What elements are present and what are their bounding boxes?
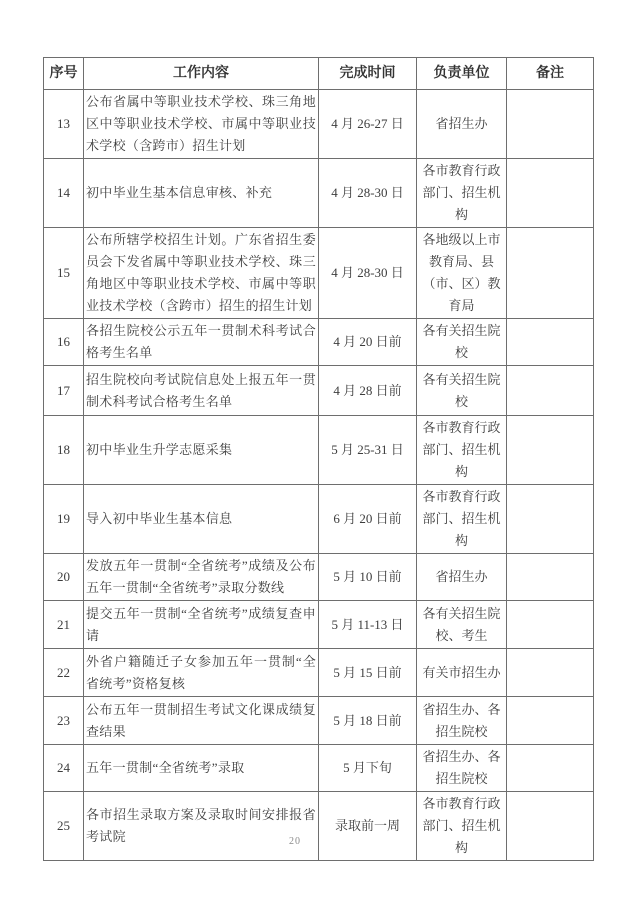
time-cell: 4 月 28-30 日 (319, 228, 417, 319)
table-row: 13 公布省属中等职业技术学校、珠三角地区中等职业技术学校、市属中等职业技术学校… (44, 90, 594, 159)
table-row: 16 各招生院校公示五年一贯制术科考试合格考生名单 4 月 20 日前 各有关招… (44, 319, 594, 366)
content-cell: 初中毕业生升学志愿采集 (84, 416, 319, 485)
note-cell (507, 159, 594, 228)
row-number-cell: 15 (44, 228, 84, 319)
unit-cell: 省招生办、各招生院校 (417, 745, 507, 792)
unit-cell: 各市教育行政部门、招生机构 (417, 159, 507, 228)
time-cell: 4 月 28 日前 (319, 366, 417, 416)
table-row: 17 招生院校向考试院信息处上报五年一贯制术科考试合格考生名单 4 月 28 日… (44, 366, 594, 416)
time-cell: 4 月 20 日前 (319, 319, 417, 366)
header-row: 序号 工作内容 完成时间 负责单位 备注 (44, 58, 594, 90)
row-number-cell: 20 (44, 554, 84, 601)
row-number-cell: 19 (44, 485, 84, 554)
time-cell: 4 月 26-27 日 (319, 90, 417, 159)
content-cell: 公布五年一贯制招生考试文化课成绩复查结果 (84, 697, 319, 745)
unit-cell: 各有关招生院校、考生 (417, 601, 507, 649)
row-number-cell: 24 (44, 745, 84, 792)
content-cell: 提交五年一贯制“全省统考”成绩复查申请 (84, 601, 319, 649)
time-cell: 5 月 15 日前 (319, 649, 417, 697)
table-row: 18 初中毕业生升学志愿采集 5 月 25-31 日 各市教育行政部门、招生机构 (44, 416, 594, 485)
table-row: 23 公布五年一贯制招生考试文化课成绩复查结果 5 月 18 日前 省招生办、各… (44, 697, 594, 745)
note-cell (507, 601, 594, 649)
unit-cell: 各地级以上市教育局、县（市、区）教育局 (417, 228, 507, 319)
content-cell: 发放五年一贯制“全省统考”成绩及公布五年一贯制“全省统考”录取分数线 (84, 554, 319, 601)
note-cell (507, 554, 594, 601)
unit-cell: 省招生办 (417, 90, 507, 159)
table-row: 20 发放五年一贯制“全省统考”成绩及公布五年一贯制“全省统考”录取分数线 5 … (44, 554, 594, 601)
time-cell: 5 月 18 日前 (319, 697, 417, 745)
col-header-content: 工作内容 (84, 58, 319, 90)
table-row: 25 各市招生录取方案及录取时间安排报省考试院 录取前一周 各市教育行政部门、招… (44, 792, 594, 861)
page-number: 20 (275, 836, 315, 847)
content-cell: 各市招生录取方案及录取时间安排报省考试院 (84, 792, 319, 861)
content-cell: 公布所辖学校招生计划。广东省招生委员会下发省属中等职业技术学校、珠三角地区中等职… (84, 228, 319, 319)
row-number-cell: 13 (44, 90, 84, 159)
col-header-no: 序号 (44, 58, 84, 90)
col-header-unit: 负责单位 (417, 58, 507, 90)
row-number-cell: 16 (44, 319, 84, 366)
table-row: 14 初中毕业生基本信息审核、补充 4 月 28-30 日 各市教育行政部门、招… (44, 159, 594, 228)
note-cell (507, 228, 594, 319)
schedule-table: 序号 工作内容 完成时间 负责单位 备注 13 公布省属中等职业技术学校、珠三角… (43, 57, 594, 861)
time-cell: 5 月 11-13 日 (319, 601, 417, 649)
col-header-time: 完成时间 (319, 58, 417, 90)
row-number-cell: 23 (44, 697, 84, 745)
note-cell (507, 697, 594, 745)
unit-cell: 各市教育行政部门、招生机构 (417, 485, 507, 554)
note-cell (507, 745, 594, 792)
row-number-cell: 25 (44, 792, 84, 861)
table-row: 21 提交五年一贯制“全省统考”成绩复查申请 5 月 11-13 日 各有关招生… (44, 601, 594, 649)
row-number-cell: 17 (44, 366, 84, 416)
content-cell: 公布省属中等职业技术学校、珠三角地区中等职业技术学校、市属中等职业技术学校（含跨… (84, 90, 319, 159)
unit-cell: 省招生办、各招生院校 (417, 697, 507, 745)
unit-cell: 有关市招生办 (417, 649, 507, 697)
time-cell: 4 月 28-30 日 (319, 159, 417, 228)
table-row: 22 外省户籍随迁子女参加五年一贯制“全省统考”资格复核 5 月 15 日前 有… (44, 649, 594, 697)
note-cell (507, 485, 594, 554)
table-row: 19 导入初中毕业生基本信息 6 月 20 日前 各市教育行政部门、招生机构 (44, 485, 594, 554)
content-cell: 外省户籍随迁子女参加五年一贯制“全省统考”资格复核 (84, 649, 319, 697)
unit-cell: 各市教育行政部门、招生机构 (417, 792, 507, 861)
row-number-cell: 21 (44, 601, 84, 649)
row-number-cell: 22 (44, 649, 84, 697)
time-cell: 5 月下旬 (319, 745, 417, 792)
content-cell: 初中毕业生基本信息审核、补充 (84, 159, 319, 228)
unit-cell: 各市教育行政部门、招生机构 (417, 416, 507, 485)
time-cell: 录取前一周 (319, 792, 417, 861)
unit-cell: 各有关招生院校 (417, 319, 507, 366)
note-cell (507, 366, 594, 416)
table-row: 24 五年一贯制“全省统考”录取 5 月下旬 省招生办、各招生院校 (44, 745, 594, 792)
time-cell: 5 月 25-31 日 (319, 416, 417, 485)
table-row: 15 公布所辖学校招生计划。广东省招生委员会下发省属中等职业技术学校、珠三角地区… (44, 228, 594, 319)
note-cell (507, 416, 594, 485)
note-cell (507, 90, 594, 159)
content-cell: 招生院校向考试院信息处上报五年一贯制术科考试合格考生名单 (84, 366, 319, 416)
content-cell: 导入初中毕业生基本信息 (84, 485, 319, 554)
row-number-cell: 14 (44, 159, 84, 228)
note-cell (507, 319, 594, 366)
unit-cell: 省招生办 (417, 554, 507, 601)
document-page: 序号 工作内容 完成时间 负责单位 备注 13 公布省属中等职业技术学校、珠三角… (0, 0, 640, 903)
content-cell: 五年一贯制“全省统考”录取 (84, 745, 319, 792)
row-number-cell: 18 (44, 416, 84, 485)
note-cell (507, 792, 594, 861)
note-cell (507, 649, 594, 697)
unit-cell: 各有关招生院校 (417, 366, 507, 416)
time-cell: 5 月 10 日前 (319, 554, 417, 601)
content-cell: 各招生院校公示五年一贯制术科考试合格考生名单 (84, 319, 319, 366)
col-header-note: 备注 (507, 58, 594, 90)
time-cell: 6 月 20 日前 (319, 485, 417, 554)
